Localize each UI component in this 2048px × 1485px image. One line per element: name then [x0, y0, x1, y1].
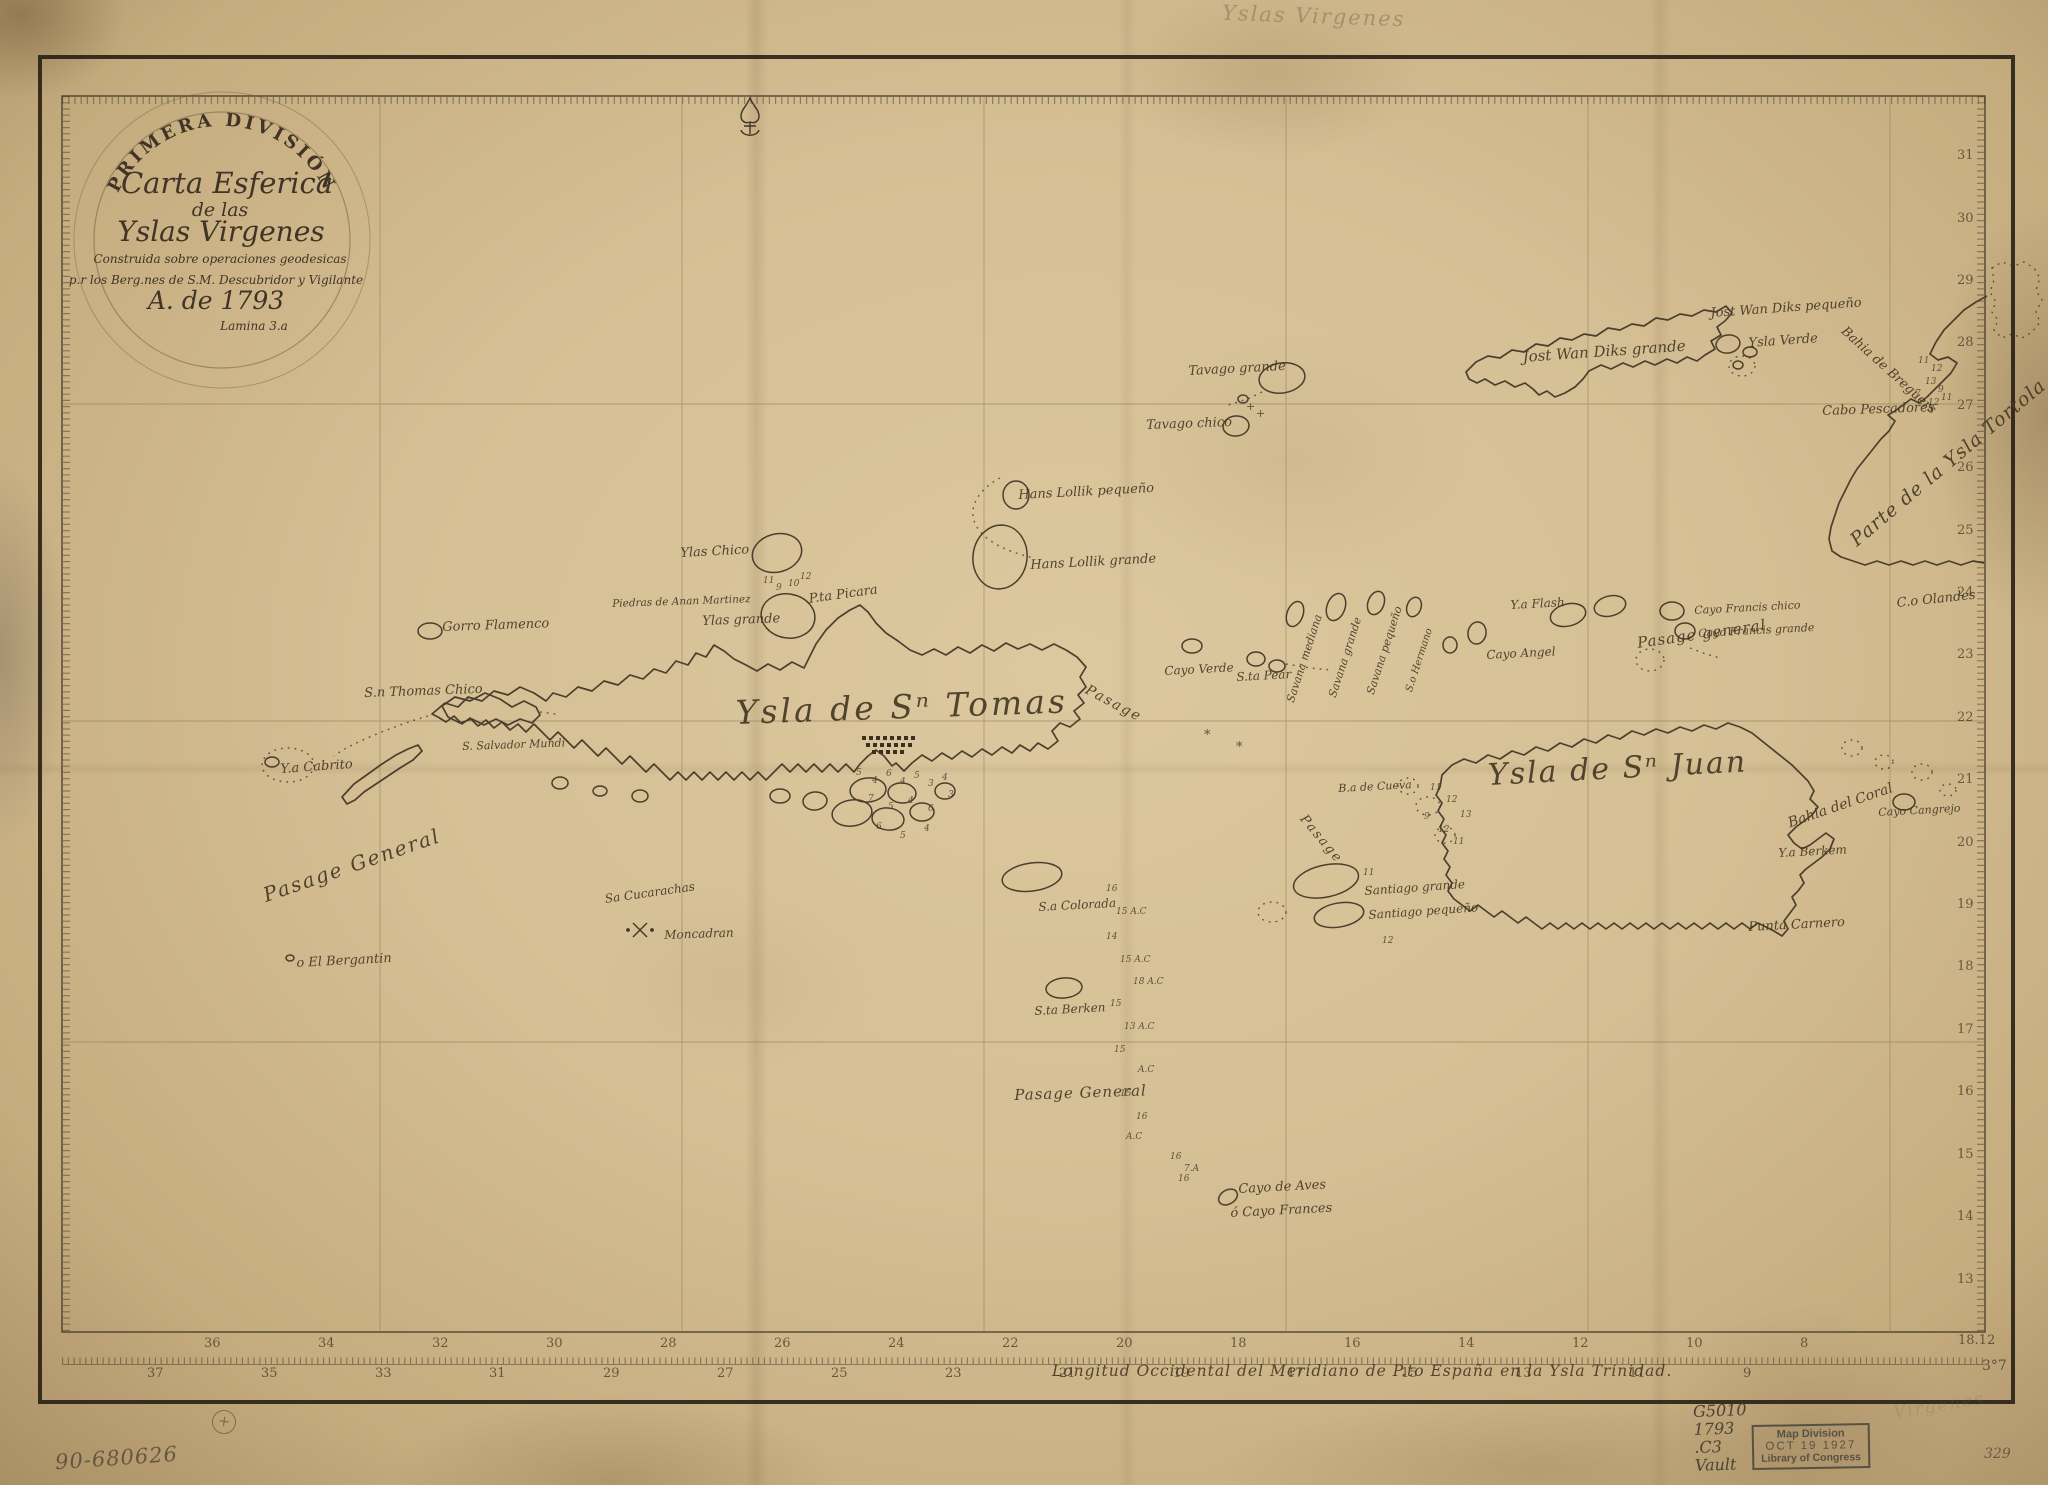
label-hans-lollik-pequeno: Hans Lollik pequeño: [1018, 481, 1154, 503]
label-ba-cueva: B.a de Cueva: [1338, 778, 1412, 795]
longitude-tick-label: 10: [1686, 1336, 1703, 1351]
labels-layer: Ysla de Sⁿ TomasYsla de Sⁿ JuanParte de …: [0, 0, 2048, 1485]
latitude-tick-label: 27: [1957, 398, 1974, 413]
label-sa-colorada: S.a Colorada: [1038, 896, 1116, 914]
corner-latitude-value: 18.12: [1958, 1333, 1995, 1348]
latitude-tick-label: 26: [1957, 460, 1974, 475]
sounding-number: 13 A.C: [1124, 1022, 1155, 1032]
label-pasage-general-e: Pasage general: [1636, 616, 1767, 652]
latitude-tick-label: 19: [1957, 897, 1974, 912]
label-pasage-general-w: Pasage General: [260, 823, 444, 906]
label-cayo-francis-chico: Cayo Francis chico: [1694, 598, 1801, 617]
label-ya-flash: Y.a Flash: [1510, 595, 1565, 612]
label-santiago-grande: Santiago grande: [1364, 877, 1465, 898]
sounding-number: 4: [872, 776, 878, 786]
sounding-number: 5: [856, 768, 862, 778]
sounding-number: 11: [1918, 356, 1929, 366]
label-cucarachas: Sa Cucarachas: [604, 879, 696, 905]
sounding-number: +: [1256, 407, 1265, 420]
latitude-tick-label: 28: [1957, 335, 1974, 350]
sounding-number: 16: [1178, 1174, 1189, 1184]
label-punta-carnero: Punta Carnero: [1748, 915, 1845, 935]
sounding-number: 13: [1925, 377, 1936, 387]
label-savana-grande: Savana grande: [1326, 616, 1364, 699]
label-ysla-verde: Ysla Verde: [1748, 331, 1818, 351]
label-ysla-juan: Ysla de Sⁿ Juan: [1487, 744, 1748, 793]
sounding-number: 15: [1120, 1089, 1131, 1099]
latitude-tick-label: 23: [1957, 647, 1974, 662]
sounding-number: 16: [1136, 1112, 1147, 1122]
longitude-tick-label: 22: [1002, 1336, 1019, 1351]
label-santiago-pequeno: Santiago pequeño: [1368, 900, 1479, 922]
sounding-number: 4: [900, 777, 906, 787]
label-ylas-chico: Ylas Chico: [680, 542, 750, 561]
longitude-tick-label: 29: [603, 1366, 620, 1381]
latitude-tick-label: 29: [1957, 273, 1974, 288]
longitude-tick-label: 33: [375, 1366, 392, 1381]
sounding-number: 18 A.C: [1133, 977, 1164, 987]
sounding-number: A.C: [1138, 1065, 1154, 1075]
label-piedras: Piedras de Anan Martinez: [612, 593, 751, 610]
sounding-number: *: [1204, 728, 1211, 743]
sounding-number: 16: [1170, 1152, 1181, 1162]
latitude-tick-label: 22: [1957, 710, 1974, 725]
label-cayo-cangrejo: Cayo Cangrejo: [1878, 802, 1961, 819]
sounding-number: 6: [886, 769, 892, 779]
longitude-tick-label: 12: [1572, 1336, 1589, 1351]
call-number-line: 1793: [1693, 1419, 1747, 1439]
longitude-tick-label: 8: [1800, 1336, 1808, 1351]
longitude-tick-label: 14: [1458, 1336, 1475, 1351]
sounding-number: 15 A.C: [1116, 907, 1147, 917]
sounding-number: 4: [924, 824, 930, 834]
longitude-tick-label: 28: [660, 1336, 677, 1351]
longitude-caption: Longitud Occidental del Meridiano de P.t…: [1052, 1362, 1672, 1380]
sounding-number: 7: [1915, 389, 1921, 399]
map-sheet: PRIMERA DIVISIÓN Carta Esferica de las Y…: [0, 0, 2048, 1485]
sounding-number: 6: [928, 804, 934, 814]
latitude-tick-label: 18: [1957, 959, 1974, 974]
latitude-tick-label: 14: [1957, 1209, 1974, 1224]
loc-stamp: Map Division OCT 19 1927 Library of Cong…: [1752, 1423, 1871, 1470]
label-ysla-tomas: Ysla de Sⁿ Tomas: [735, 681, 1068, 732]
sounding-number: 4: [942, 773, 948, 783]
sounding-number: 4: [908, 796, 914, 806]
sounding-number: 12: [1931, 364, 1942, 374]
call-number-line: G5010: [1693, 1401, 1747, 1421]
label-ya-berkem: Y.a Berkem: [1778, 842, 1847, 860]
longitude-tick-label: 16: [1344, 1336, 1361, 1351]
sounding-number: 12: [1382, 936, 1393, 946]
latitude-tick-label: 20: [1957, 835, 1974, 850]
longitude-tick-label: 35: [261, 1366, 278, 1381]
label-salvador-mundi: S. Salvador Mundi: [462, 736, 565, 753]
label-jvd-pequeno: Jost Wan Diks pequeño: [1710, 295, 1862, 321]
sounding-number: 15: [1110, 999, 1121, 1009]
label-savana-pequeno: Savana pequeño: [1364, 605, 1405, 696]
sounding-number: 15 A.C: [1120, 955, 1151, 965]
longitude-tick-label: 18: [1230, 1336, 1247, 1351]
longitude-tick-label: 26: [774, 1336, 791, 1351]
sounding-number: 11: [1941, 393, 1952, 403]
sounding-number: A.C: [1126, 1132, 1142, 1142]
sounding-number: 9: [1424, 812, 1430, 822]
longitude-tick-label: 31: [489, 1366, 506, 1381]
sounding-number: 5: [888, 802, 894, 812]
sounding-number: 6: [876, 822, 882, 832]
sounding-number: 12: [800, 572, 811, 582]
corner-longitude-value: 3°7: [1982, 1358, 2007, 1374]
plate-number: 329: [1984, 1446, 2011, 1462]
latitude-tick-label: 21: [1957, 772, 1974, 787]
sounding-number: 3: [948, 790, 954, 800]
label-cayo-frances: ó Cayo Frances: [1230, 1201, 1333, 1221]
sounding-number: 12: [1446, 795, 1457, 805]
label-pasage-1: Pasage: [1082, 682, 1144, 725]
longitude-tick-label: 32: [432, 1336, 449, 1351]
sounding-number: 11: [1363, 868, 1374, 878]
call-number: G5010 1793 .C3 Vault: [1693, 1401, 1749, 1475]
longitude-tick-label: 20: [1116, 1336, 1133, 1351]
label-hans-lollik-grande: Hans Lollik grande: [1030, 551, 1157, 573]
latitude-tick-label: 31: [1957, 148, 1974, 163]
sounding-number: 16: [1106, 884, 1117, 894]
latitude-tick-label: 16: [1957, 1084, 1974, 1099]
call-number-line: Vault: [1695, 1455, 1749, 1475]
sounding-number: *: [1236, 740, 1243, 755]
longitude-tick-label: 9: [1743, 1366, 1751, 1381]
latitude-tick-label: 30: [1957, 211, 1974, 226]
latitude-tick-label: 13: [1957, 1272, 1974, 1287]
sounding-number: 15: [1114, 1045, 1125, 1055]
longitude-tick-label: 30: [546, 1336, 563, 1351]
label-savana-mediana: Savana mediana: [1284, 613, 1325, 704]
latitude-tick-label: 24: [1957, 585, 1974, 600]
label-moncadran: Moncadran: [664, 926, 734, 942]
sounding-number: 7.A: [1184, 1164, 1199, 1174]
longitude-tick-label: 23: [945, 1366, 962, 1381]
sounding-number: 13: [1460, 810, 1471, 820]
longitude-tick-label: 24: [888, 1336, 905, 1351]
sounding-number: 5: [914, 771, 920, 781]
longitude-tick-label: 34: [318, 1336, 335, 1351]
label-s-hermano: S.o Hermano: [1404, 627, 1435, 693]
label-cayo-verde: Cayo Verde: [1164, 660, 1234, 678]
label-sn-thomas-chico: S.n Thomas Chico: [364, 682, 483, 701]
longitude-tick-label: 25: [831, 1366, 848, 1381]
sounding-number: 7: [868, 794, 874, 804]
longitude-tick-label: 27: [717, 1366, 734, 1381]
label-tavago-chico: Tavago chico: [1146, 415, 1232, 433]
sounding-number: 5: [900, 831, 906, 841]
longitude-tick-label: 37: [147, 1366, 164, 1381]
label-sta-berken: S.ta Berken: [1034, 1000, 1106, 1018]
label-cayo-de-aves: Cayo de Aves: [1238, 1177, 1326, 1197]
label-cayo-angel: Cayo Angel: [1486, 644, 1556, 662]
sounding-number: 3: [928, 779, 934, 789]
sounding-number: 9: [776, 583, 782, 593]
sounding-number: 12: [1928, 398, 1939, 408]
label-cabo-pescadores: Cabo Pescadores: [1822, 400, 1935, 419]
sounding-number: +: [1246, 400, 1255, 413]
label-pta-picara: P.ta Picara: [808, 582, 879, 606]
label-el-bergantin: o El Bergantin: [296, 951, 392, 971]
label-gorro-flamenco: Gorro Flamenco: [442, 616, 549, 635]
sounding-number: 14: [1106, 932, 1117, 942]
latitude-tick-label: 17: [1957, 1022, 1974, 1037]
label-ya-cabrito: Y.a Cabrito: [280, 757, 353, 777]
sounding-number: 11: [763, 576, 774, 586]
label-ylas-grande: Ylas grande: [702, 611, 780, 629]
latitude-tick-label: 25: [1957, 523, 1974, 538]
label-jvd-grande: Jost Wan Diks grande: [1522, 337, 1686, 366]
stamp-line-library: Library of Congress: [1761, 1451, 1861, 1465]
call-number-line: .C3: [1694, 1437, 1748, 1457]
latitude-tick-label: 15: [1957, 1147, 1974, 1162]
sounding-number: 11: [1430, 783, 1441, 793]
label-sta-pear: S.ta Pear: [1236, 667, 1292, 684]
label-tavago-grande: Tavago grande: [1188, 359, 1286, 379]
sounding-number: 12: [1438, 825, 1449, 835]
sounding-number: 11: [1453, 837, 1464, 847]
label-pasage-2: Pasage: [1297, 812, 1346, 866]
sounding-number: 10: [788, 579, 799, 589]
longitude-tick-label: 36: [204, 1336, 221, 1351]
